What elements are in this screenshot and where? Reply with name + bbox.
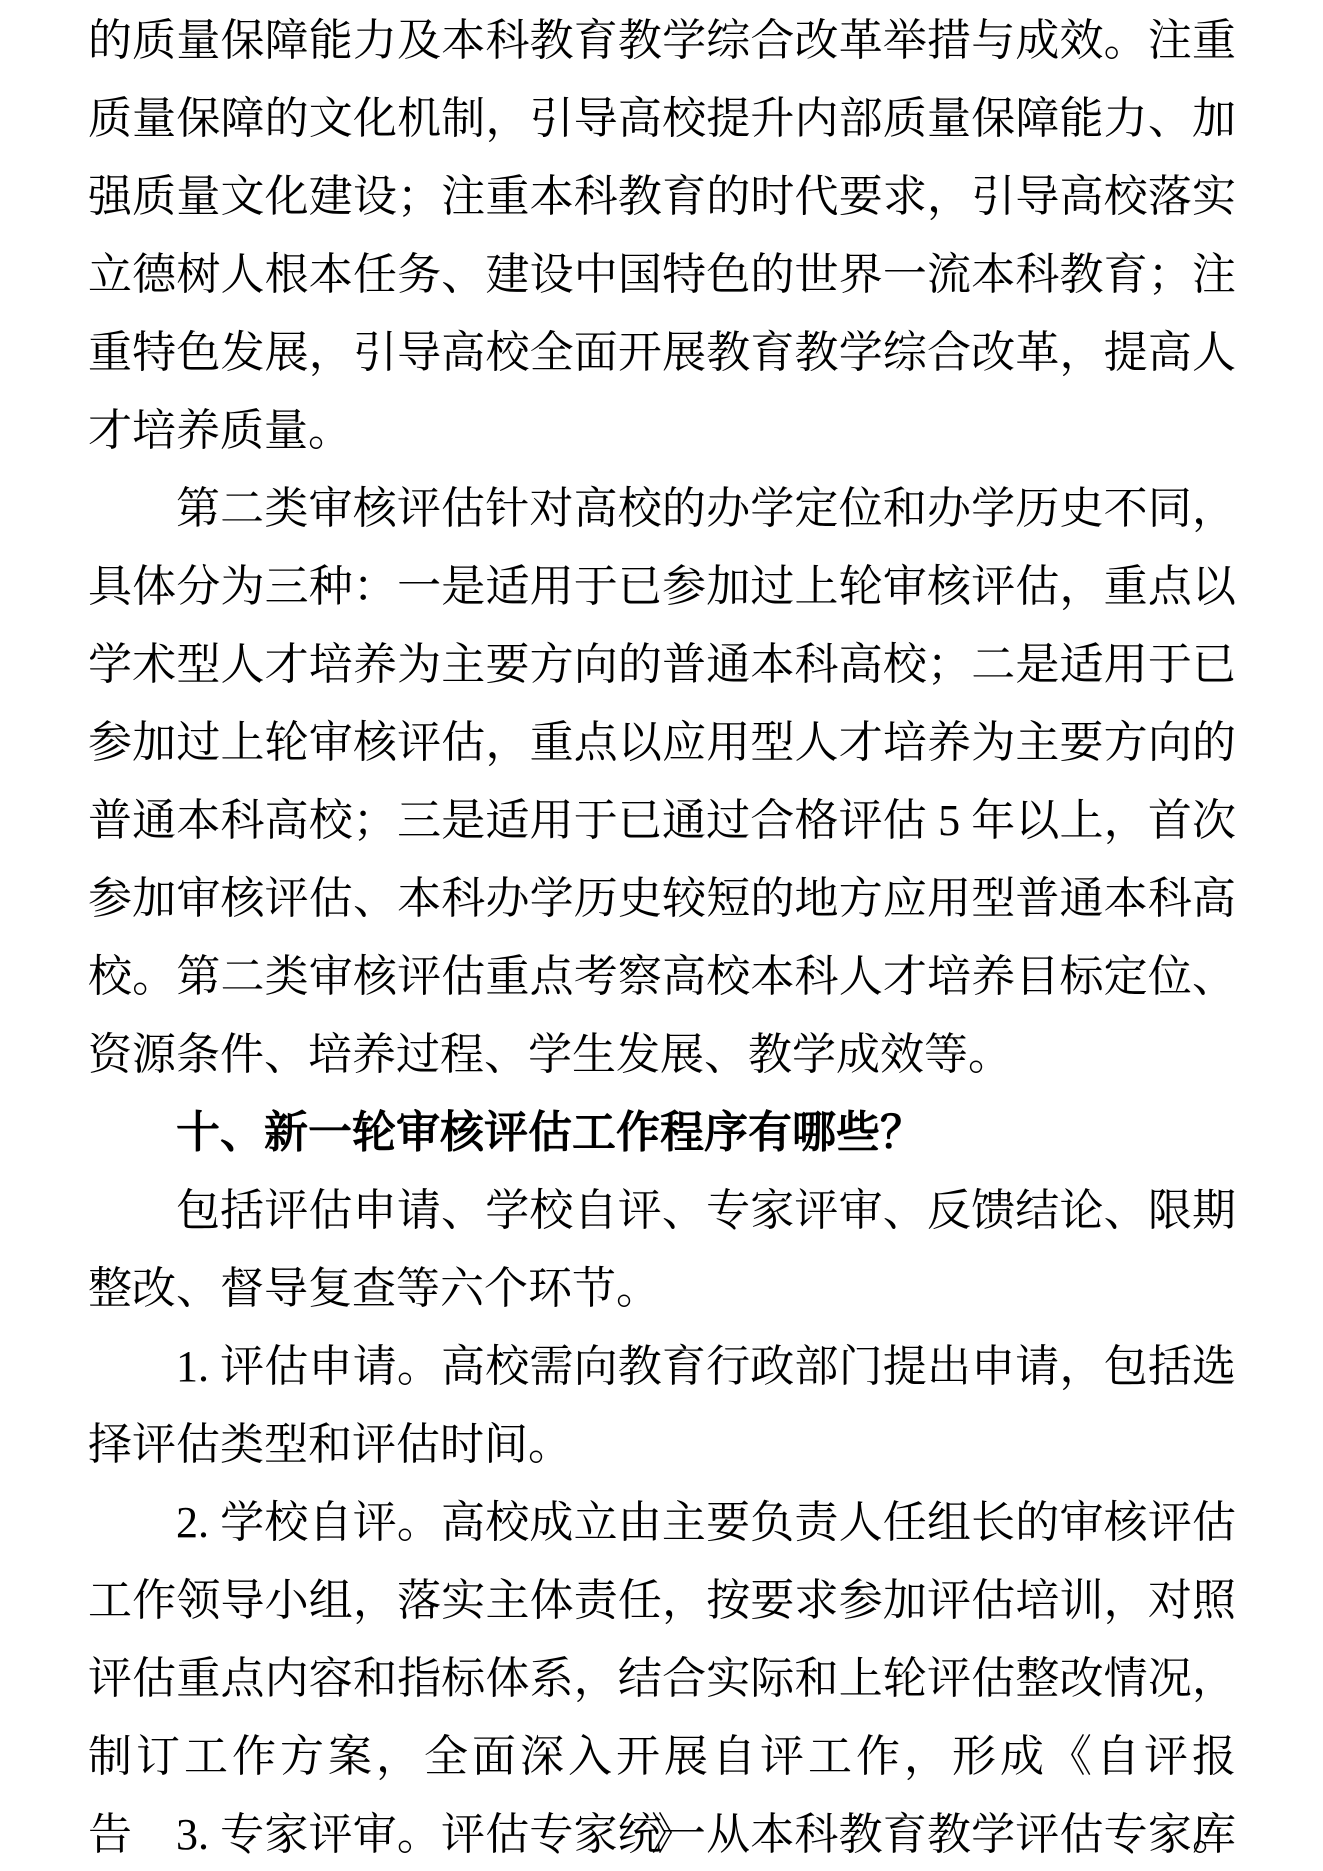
numbered-item-line: 1. 评估申请。高校需向教育行政部门提出申请，包括选 (88, 1328, 1236, 1406)
text-line: 强质量文化建设；注重本科教育的时代要求，引导高校落实 (88, 158, 1236, 236)
text-line: 学术型人才培养为主要方向的普通本科高校；二是适用于已 (88, 626, 1236, 704)
paragraph-end-line: 择评估类型和评估时间。 (88, 1406, 1236, 1484)
paragraph-start-line: 包括评估申请、学校自评、专家评审、反馈结论、限期 (88, 1172, 1236, 1250)
section-heading: 十、新一轮审核评估工作程序有哪些？ (88, 1094, 1236, 1172)
paragraph-start-line: 第二类审核评估针对高校的办学定位和办学历史不同， (88, 470, 1236, 548)
text-line: 立德树人根本任务、建设中国特色的世界一流本科教育；注 (88, 236, 1236, 314)
paragraph-end-line: 资源条件、培养过程、学生发展、教学成效等。 (88, 1016, 1236, 1094)
text-line: 工作领导小组，落实主体责任，按要求参加评估培训，对照 (88, 1562, 1236, 1640)
text-line: 参加审核评估、本科办学历史较短的地方应用型普通本科高 (88, 860, 1236, 938)
document-page: 的质量保障能力及本科教育教学综合改革举措与成效。注重 质量保障的文化机制，引导高… (0, 0, 1323, 1871)
text-line: 参加过上轮审核评估，重点以应用型人才培养为主要方向的 (88, 704, 1236, 782)
paragraph-end-line: 才培养质量。 (88, 392, 1236, 470)
text-line: 的质量保障能力及本科教育教学综合改革举措与成效。注重 (88, 2, 1236, 80)
numbered-item-line: 2. 学校自评。高校成立由主要负责人任组长的审核评估 (88, 1484, 1236, 1562)
text-line: 校。第二类审核评估重点考察高校本科人才培养目标定位、 (88, 938, 1236, 1016)
text-line: 普通本科高校；三是适用于已通过合格评估 5 年以上，首次 (88, 782, 1236, 860)
text-line: 具体分为三种：一是适用于已参加过上轮审核评估，重点以 (88, 548, 1236, 626)
numbered-item-line: 3. 专家评审。评估专家统一从本科教育教学评估专家库 (88, 1796, 1236, 1871)
text-line: 重特色发展，引导高校全面开展教育教学综合改革，提高人 (88, 314, 1236, 392)
text-line: 制订工作方案，全面深入开展自评工作，形成《自评报告》。 (88, 1718, 1236, 1796)
text-line: 质量保障的文化机制，引导高校提升内部质量保障能力、加 (88, 80, 1236, 158)
paragraph-end-line: 整改、督导复查等六个环节。 (88, 1250, 1236, 1328)
text-line: 评估重点内容和指标体系，结合实际和上轮评估整改情况， (88, 1640, 1236, 1718)
